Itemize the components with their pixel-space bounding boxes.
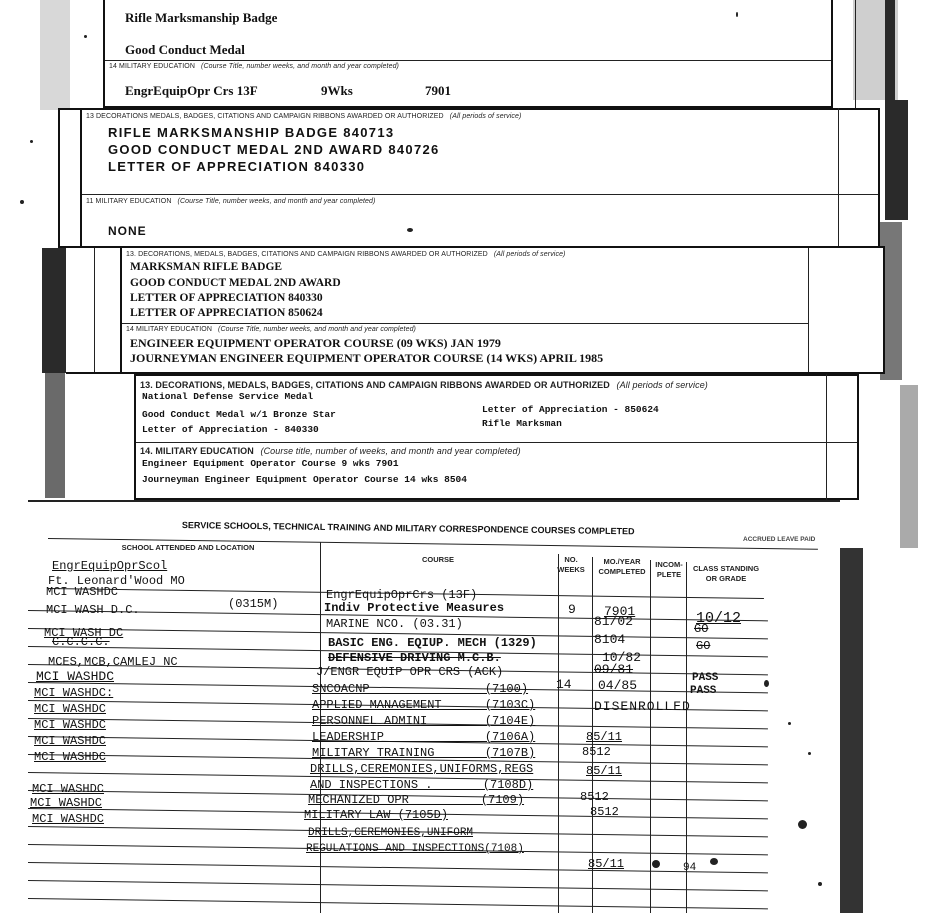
decorations-section-label: 13 DECORATIONS MEDALS, BADGES, CITATIONS…: [86, 113, 521, 120]
course-cell: DEFENSIVE DRIVING M.C.B.: [328, 651, 501, 665]
completed-cell: 85/11: [588, 857, 624, 871]
divider: [136, 442, 857, 443]
completed-cell: 81/02: [594, 614, 633, 629]
course-cell: REGULATIONS AND INSPECTIONS(7108): [306, 843, 524, 855]
education-date: 7901: [425, 83, 451, 99]
course-cell: MARINE NCO. (03.31): [326, 617, 463, 631]
left-gray-bar: [45, 373, 65, 498]
school-cell: MCI WASHDC: [34, 734, 106, 748]
school-cell: MCES,MCB,CAMLEJ NC: [48, 655, 178, 669]
col-divider: [650, 560, 651, 913]
decorations-section-label: 13. DECORATIONS, MEDALS, BADGES, CITATIO…: [140, 380, 708, 390]
course-cell: DRILLS,CEREMONIES,UNIFORM: [308, 827, 473, 839]
completed-cell: 85/11: [586, 764, 622, 778]
record-strip-3: 13. DECORATIONS, MEDALS, BADGES, CITATIO…: [120, 246, 885, 374]
course-cell: LEADERSHIP (7106A): [312, 730, 535, 744]
weeks-cell: 9: [568, 602, 576, 617]
record-strip-4: 13. DECORATIONS, MEDALS, BADGES, CITATIO…: [134, 374, 859, 500]
label-text: 14. MILITARY EDUCATION: [140, 446, 254, 456]
course-cell: EngrEquipOprCrs (13F): [326, 588, 477, 602]
header-school: SCHOOL ATTENDED AND LOCATION: [88, 543, 288, 553]
row-rule: [28, 880, 768, 891]
header-incomplete: INCOM- PLETE: [652, 560, 686, 580]
header-course: COURSE: [398, 555, 478, 565]
education-section-label: 14 MILITARY EDUCATION (Course Title, num…: [109, 63, 399, 70]
ink-blot: [818, 882, 822, 886]
strip-edge: [808, 248, 809, 372]
divider: [122, 323, 808, 324]
right-bottom-dark-bar: [838, 548, 863, 913]
completed-cell: 8104: [594, 632, 625, 647]
decoration-entry: MARKSMAN RIFLE BADGE: [130, 261, 282, 273]
record-strip-2-body: 13 DECORATIONS MEDALS, BADGES, CITATIONS…: [80, 108, 880, 248]
decoration-entry: GOOD CONDUCT MEDAL 2ND AWARD 840726: [108, 142, 440, 157]
decoration-entry: Rifle Marksmanship Badge: [125, 10, 277, 26]
record-strip-2: [58, 108, 82, 248]
record-strip-3-margin: [66, 246, 120, 374]
label-text: 13. DECORATIONS, MEDALS, BADGES, CITATIO…: [140, 380, 610, 390]
table-title: SERVICE SCHOOLS, TECHNICAL TRAINING AND …: [182, 520, 635, 536]
school-cell: EngrEquipOprScol: [52, 559, 167, 573]
completed-cell: 8512: [580, 790, 609, 804]
education-section-label: 11 MILITARY EDUCATION (Course Title, num…: [86, 198, 375, 205]
school-cell: MCI WASHDC: [46, 585, 118, 599]
ink-blot: [710, 858, 718, 865]
label-hint: (All periods of service): [616, 380, 707, 390]
school-cell: MCI WASHDC: [32, 782, 104, 796]
school-cell: MCI WASHDC: [36, 669, 114, 684]
decoration-entry: Rifle Marksman: [482, 418, 562, 429]
ink-blot: [788, 722, 791, 725]
standing-cell: PASS: [692, 672, 718, 684]
ink-speck: [30, 140, 33, 143]
education-section-label: 14 MILITARY EDUCATION (Course Title, num…: [126, 326, 416, 333]
education-entry: ENGINEER EQUIPMENT OPERATOR COURSE (09 W…: [130, 336, 501, 351]
right-dark-bar: [885, 0, 895, 100]
course-cell: MILITARY LAW (7105D): [304, 808, 448, 822]
ink-blot: [652, 860, 660, 868]
course-cell: MECHANIZED OPR (7109): [308, 793, 524, 807]
strip-edge: [838, 108, 839, 248]
course-cell: BASIC ENG. EQIUP. MECH (1329): [328, 636, 537, 650]
standing-cell: GO: [696, 639, 710, 653]
education-entry: Engineer Equipment Operator Course 9 wks…: [142, 458, 399, 469]
strip-edge: [826, 374, 827, 500]
label-hint: (Course title, number of weeks, and mont…: [260, 446, 520, 456]
decoration-entry: GOOD CONDUCT MEDAL 2ND AWARD: [130, 277, 341, 289]
right-gray-bar-2: [900, 385, 918, 548]
label-hint: (All periods of service): [450, 113, 522, 120]
record-strip-4-margin: [66, 372, 136, 502]
education-course: EngrEquipOpr Crs 13F: [125, 83, 258, 99]
ink-speck: [20, 200, 24, 204]
row-rule: [28, 898, 768, 909]
strip-edge: [94, 248, 95, 372]
completed-cell: 8512: [590, 805, 619, 819]
course-cell: MILITARY TRAINING (7107B): [312, 746, 535, 760]
completed-cell: 04/85: [598, 678, 637, 693]
education-value: NONE: [108, 224, 147, 238]
label-hint: (All periods of service): [494, 251, 566, 258]
course-cell: APPLIED MANAGEMENT (7103C): [312, 698, 535, 712]
completed-cell: 8512: [582, 745, 611, 759]
ink-blot: [808, 752, 811, 755]
course-cell: DRILLS,CEREMONIES,UNIFORMS,REGS: [310, 762, 533, 776]
ink-speck: [736, 12, 738, 17]
label-text: 11 MILITARY EDUCATION: [86, 198, 171, 205]
decoration-entry: Good Conduct Medal: [125, 42, 245, 58]
standing-cell: 94: [683, 862, 696, 874]
school-note: (0315M): [228, 597, 278, 611]
standing-cell: PASS: [690, 685, 716, 697]
school-cell: MCI WASH D.C.: [46, 603, 140, 617]
decorations-section-label: 13. DECORATIONS, MEDALS, BADGES, CITATIO…: [126, 251, 566, 258]
education-weeks: 9Wks: [321, 83, 353, 99]
school-cell: MCI WASHDC: [32, 812, 104, 826]
label-text: 13. DECORATIONS, MEDALS, BADGES, CITATIO…: [126, 251, 488, 258]
decoration-entry: RIFLE MARKSMANSHIP BADGE 840713: [108, 125, 394, 140]
ink-speck: [407, 228, 413, 232]
left-dark-bar: [42, 248, 66, 373]
decoration-entry: LETTER OF APPRECIATION 850624: [130, 307, 323, 319]
education-section-label: 14. MILITARY EDUCATION (Course title, nu…: [140, 446, 521, 456]
ink-blot: [764, 680, 769, 687]
divider: [105, 60, 831, 61]
left-shadow-edge: [40, 0, 70, 110]
completed-cell: 09/81: [594, 662, 633, 677]
course-cell: SNCOACNP (7100): [312, 682, 528, 696]
ink-speck: [84, 35, 87, 38]
divider: [82, 194, 878, 195]
col-divider: [558, 554, 559, 913]
header-weeks: NO. WEEKS: [556, 555, 586, 575]
course-cell: AND INSPECTIONS . (7108D): [310, 778, 533, 792]
label-hint: (Course Title, number weeks, and month a…: [218, 326, 416, 333]
strip-edge: [855, 0, 856, 108]
school-cell: MCI WASHDC:: [34, 686, 113, 700]
weeks-cell: 14: [556, 677, 572, 692]
header-standing: CLASS STANDING OR GRADE: [688, 564, 764, 584]
label-text: 13 DECORATIONS MEDALS, BADGES, CITATIONS…: [86, 113, 444, 120]
label-hint: (Course Title, number weeks, and month a…: [201, 63, 399, 70]
ink-blot: [798, 820, 807, 829]
right-dark-bar-2: [885, 100, 908, 220]
school-cell: MCI WASHDC: [30, 796, 102, 810]
record-strip-1: Rifle Marksmanship Badge Good Conduct Me…: [103, 0, 833, 108]
label-text: 14 MILITARY EDUCATION: [126, 326, 212, 333]
course-cell: J/ENGR EQUIP OPR CRS (ACK): [316, 665, 503, 679]
decoration-entry: LETTER OF APPRECIATION 840330: [108, 159, 365, 174]
standing-cell: GO: [694, 622, 708, 636]
education-entry: JOURNEYMAN ENGINEER EQUIPMENT OPERATOR C…: [130, 351, 603, 366]
decoration-entry: LETTER OF APPRECIATION 840330: [130, 292, 323, 304]
education-entry: Journeyman Engineer Equipment Operator C…: [142, 474, 467, 485]
school-cell: MCI WASHDC: [34, 718, 106, 732]
school-cell: MCI WASHDC: [34, 750, 106, 764]
school-cell: C.C.C.C.: [52, 635, 110, 649]
completed-cell: DISENROLLED: [594, 699, 691, 714]
decoration-entry: National Defense Service Medal: [142, 391, 313, 402]
header-completed: MO./YEAR COMPLETED: [592, 557, 652, 577]
decoration-entry: Letter of Appreciation - 850624: [482, 404, 659, 415]
label-text: 14 MILITARY EDUCATION: [109, 63, 195, 70]
school-cell: MCI WASHDC: [34, 702, 106, 716]
label-hint: (Course Title, number weeks, and month a…: [178, 198, 376, 205]
course-cell: Indiv Protective Measures: [324, 601, 504, 615]
courses-table-sheet: SERVICE SCHOOLS, TECHNICAL TRAINING AND …: [28, 500, 840, 913]
completed-cell: 85/11: [586, 730, 622, 744]
table-corner-text: ACCRUED LEAVE PAID: [743, 536, 815, 543]
col-divider: [686, 562, 687, 913]
decoration-entry: Good Conduct Medal w/1 Bronze Star: [142, 409, 336, 420]
decoration-entry: Letter of Appreciation - 840330: [142, 424, 319, 435]
course-cell: PERSONNEL ADMINI (7104E): [312, 714, 535, 728]
